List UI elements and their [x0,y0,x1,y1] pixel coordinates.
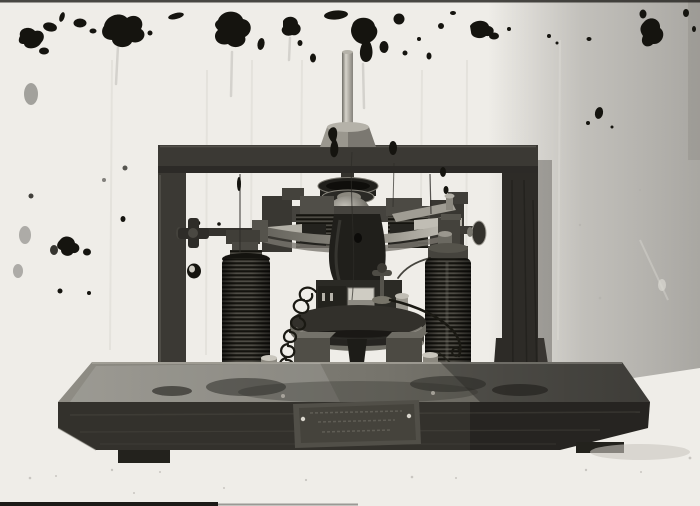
ink-blot [217,222,221,226]
post-cap [261,355,277,361]
ink-blot [438,23,444,29]
screw-knob [377,263,387,273]
ink-blot [83,249,91,256]
ink-blot [417,37,421,41]
ink-blot [102,178,106,182]
ink-blot [547,34,551,38]
shadow-post-left [152,386,192,396]
shadow-post-right [492,384,548,396]
ink-blot [444,186,449,194]
disc-knob-hub [467,227,473,237]
ink-blot [87,291,91,295]
cross-knob-hub [188,228,198,238]
ink-streak [237,177,241,191]
ink-blot [611,126,614,129]
ink-blot [123,166,128,171]
base-foot-left [118,450,170,463]
ink-blot [692,26,696,32]
coil-top-cylinder-cap [438,231,452,237]
ink-blot [394,14,405,25]
nameplate-screw-left [301,417,305,421]
nameplate [293,400,421,448]
ink-blot [556,42,559,45]
photograph [0,0,700,506]
ink-blot [507,27,511,31]
nameplate-screw-right [407,414,411,418]
column-neck [347,339,367,363]
ink-blot [427,53,432,60]
base-bolt [281,394,285,398]
ink-blot [586,121,590,125]
ink-blot [440,167,446,177]
bottom-edge-line-faint [218,504,358,506]
bottom-edge-line [0,502,218,506]
base-cast-shadow [590,444,690,460]
contact-tick [322,293,325,301]
ink-smudge [24,83,38,105]
ink-blot [587,37,592,41]
ink-blot [403,51,408,56]
electromagnet-left-top [300,196,334,214]
small-screw-top [395,293,409,299]
ink-blot [50,245,58,255]
ink-blot [310,54,316,63]
post-right-shadowband [538,160,552,388]
shadow-under-coil-left [206,378,286,396]
ink-blot [389,141,397,155]
bracket-pin-top [445,194,455,199]
ink-ring-inner [189,266,195,273]
crossbar-shade [158,166,538,173]
base-bolt [431,391,435,395]
post-cap [422,352,438,358]
ink-blot [148,31,153,36]
ink-blot [489,33,499,40]
wall-shadow-edge [688,0,700,160]
coil-top-bracket [226,230,260,244]
ink-blot [640,10,647,19]
ink-blot [380,41,389,53]
coil-top-cap-ellipse [428,243,468,253]
wall-speck [658,279,666,291]
ink-blot [39,48,49,55]
top-edge-line [0,0,700,3]
shadow-under-coil-right [410,376,486,392]
ink-smudge [13,264,23,278]
wooden-base [58,362,690,463]
ink-blot [683,9,689,17]
support-block-left-top [294,332,336,338]
disc-knob [472,221,486,245]
ink-blot [90,29,97,34]
ink-blot [29,194,34,199]
ink-blot [450,11,456,15]
ink-blot [74,19,87,28]
shaft-tip [342,50,353,54]
ink-smudge [19,226,31,244]
column-hole [354,233,362,243]
support-block-right-top [386,332,428,338]
gantry-post-left [158,173,186,392]
ink-blot [121,216,126,222]
nameplate-inner [299,404,416,443]
contact-tick [330,293,333,301]
ink-blot [58,289,63,294]
shaft-upper [342,52,353,128]
bracket-cap [441,214,461,220]
ink-blot [298,40,303,46]
